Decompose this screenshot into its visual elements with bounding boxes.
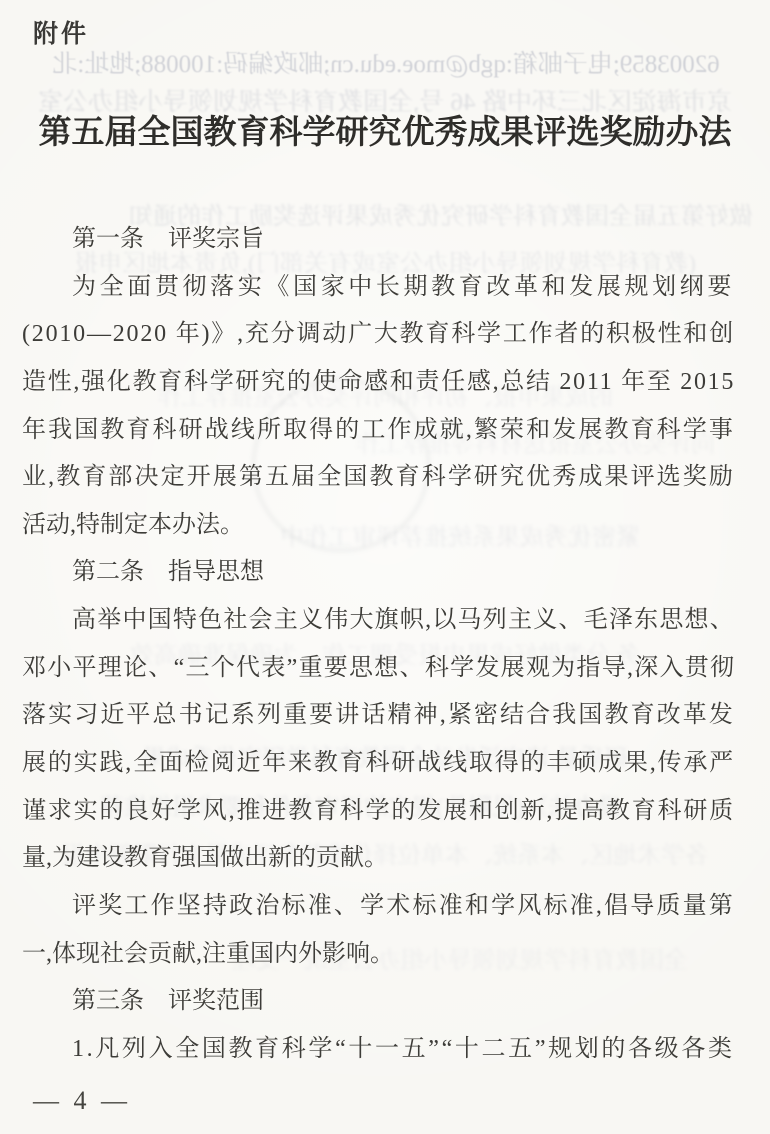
text-line-content: 1.凡列入全国教育科学“十一五”“十二五”规划的各级各类 [72, 1026, 735, 1074]
text-line-content: 活动,特制定本办法。 [22, 502, 244, 550]
text-line: 业,教育部决定开展第五届全国教育科学研究优秀成果评选奖励 [22, 454, 735, 502]
text-line-content: 高举中国特色社会主义伟大旗帜,以马列主义、毛泽东思想、 [72, 597, 735, 645]
text-line-content: 造性,强化教育科学研究的使命感和责任感,总结 2011 年至 2015 [22, 359, 735, 407]
text-line: 第二条 指导思想 [22, 549, 735, 597]
text-line: 量,为建设教育强国做出新的贡献。 [22, 835, 735, 883]
text-line: (2010—2020 年)》,充分调动广大教育科学工作者的积极性和创 [22, 311, 735, 359]
text-line-content: 谨求实的良好学风,推进教育科学的发展和创新,提高教育科研质 [22, 788, 735, 836]
text-line: 造性,强化教育科学研究的使命感和责任感,总结 2011 年至 2015 [22, 359, 735, 407]
text-line-content: 年我国教育科研战线所取得的工作成就,繁荣和发展教育科学事 [22, 407, 735, 455]
text-line: 第三条 评奖范围 [22, 978, 735, 1026]
attachment-label: 附件 [33, 14, 89, 50]
text-line-content: 第一条 评奖宗旨 [72, 216, 264, 264]
text-line-content: 第三条 评奖范围 [72, 978, 264, 1026]
text-line: 第一条 评奖宗旨 [22, 216, 735, 264]
text-line-content: 量,为建设教育强国做出新的贡献。 [22, 835, 388, 883]
text-line-content: 展的实践,全面检阅近年来教育科研战线取得的丰硕成果,传承严 [22, 740, 735, 788]
text-line: 展的实践,全面检阅近年来教育科研战线取得的丰硕成果,传承严 [22, 740, 735, 788]
text-line: 落实习近平总书记系列重要讲话精神,紧密结合我国教育改革发 [22, 692, 735, 740]
text-line-content: (2010—2020 年)》,充分调动广大教育科学工作者的积极性和创 [22, 311, 735, 359]
document-title: 第五届全国教育科学研究优秀成果评选奖励办法 [0, 106, 770, 153]
text-line-content: 一,体现社会贡献,注重国内外影响。 [22, 931, 394, 979]
scanned-document-page: 62003859;电子邮箱:qgb@moe.edu.cn;邮政编码:100088… [0, 0, 770, 1134]
bleedthrough-line: 62003859;电子邮箱:qgb@moe.edu.cn;邮政编码:100088… [12, 44, 760, 80]
text-line: 一,体现社会贡献,注重国内外影响。 [22, 931, 735, 979]
text-line: 1.凡列入全国教育科学“十一五”“十二五”规划的各级各类 [22, 1026, 735, 1074]
text-line: 活动,特制定本办法。 [22, 502, 735, 550]
text-line-content: 业,教育部决定开展第五届全国教育科学研究优秀成果评选奖励 [22, 454, 735, 502]
text-line-content: 为全面贯彻落实《国家中长期教育改革和发展规划纲要 [72, 264, 735, 312]
text-line: 谨求实的良好学风,推进教育科学的发展和创新,提高教育科研质 [22, 788, 735, 836]
document-body: 第一条 评奖宗旨为全面贯彻落实《国家中长期教育改革和发展规划纲要(2010—20… [22, 216, 735, 1074]
text-line-content: 落实习近平总书记系列重要讲话精神,紧密结合我国教育改革发 [22, 692, 735, 740]
text-line: 邓小平理论、“三个代表”重要思想、科学发展观为指导,深入贯彻 [22, 645, 735, 693]
text-line-content: 第二条 指导思想 [72, 549, 264, 597]
text-line: 为全面贯彻落实《国家中长期教育改革和发展规划纲要 [22, 264, 735, 312]
text-line: 年我国教育科研战线所取得的工作成就,繁荣和发展教育科学事 [22, 407, 735, 455]
text-line-content: 评奖工作坚持政治标准、学术标准和学风标准,倡导质量第 [72, 883, 735, 931]
text-line-content: 邓小平理论、“三个代表”重要思想、科学发展观为指导,深入贯彻 [22, 645, 735, 693]
text-line: 评奖工作坚持政治标准、学术标准和学风标准,倡导质量第 [22, 883, 735, 931]
page-number: — 4 — [33, 1086, 131, 1116]
text-line: 高举中国特色社会主义伟大旗帜,以马列主义、毛泽东思想、 [22, 597, 735, 645]
